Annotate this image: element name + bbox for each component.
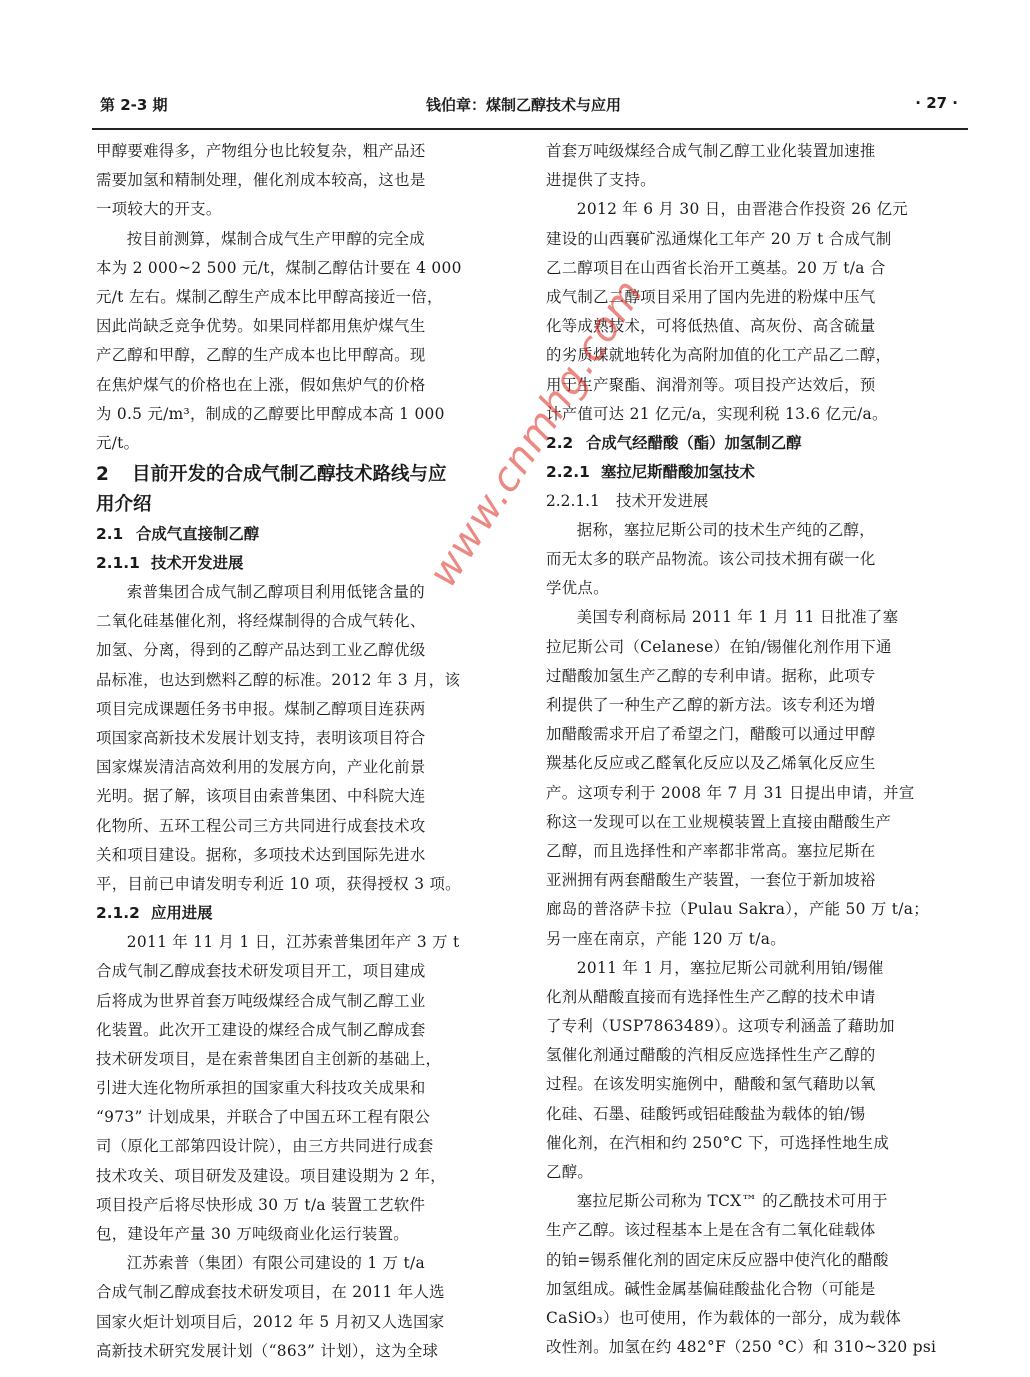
text-line: 廊岛的普洛萨卡拉（Pulau Sakra），产能 50 万 t/a； — [546, 895, 958, 924]
left-column: 甲醇要难得多，产物组分也比较复杂，粗产品还 需要加氢和精制处理，催化剂成本较高，… — [96, 137, 508, 1366]
text-line: 羰基化反应或乙醛氧化反应以及乙烯氧化反应生 — [546, 749, 958, 778]
text-line: 品标准，也达到燃料乙醇的标准。2012 年 3 月，该 — [96, 666, 508, 695]
text-line: 引进大连化物所承担的国家重大科技攻关成果和 — [96, 1074, 508, 1103]
text-line: 在焦炉煤气的价格也在上涨，假如焦炉气的价格 — [96, 371, 508, 400]
right-column: 首套万吨级煤经合成气制乙醇工业化装置加速推 进提供了支持。 2012 年 6 月… — [546, 137, 958, 1362]
text-line: 建设的山西襄矿泓通煤化工年产 20 万 t 合成气制 — [546, 225, 958, 254]
paragraph: 2011 年 11 月 1 日，江苏索普集团年产 3 万 t 合成气制乙醇成套技… — [96, 928, 508, 1249]
paragraph: 江苏索普（集团）有限公司建设的 1 万 t/a 合成气制乙醇成套技术研发项目，在… — [96, 1249, 508, 1366]
text-line: 加醋酸需求开启了希望之门，醋酸可以通过甲醇 — [546, 720, 958, 749]
text-line: 进提供了支持。 — [546, 166, 958, 195]
text-line: 而无太多的联产品物流。该公司技术拥有碳一化 — [546, 545, 958, 574]
text-line: 一项较大的开支。 — [96, 195, 508, 224]
text-line: 项国家高新技术发展计划支持，表明该项目符合 — [96, 724, 508, 753]
page-number: · 27 · — [915, 94, 958, 112]
text-line: 氢催化剂通过醋酸的汽相反应选择性生产乙醇的 — [546, 1041, 958, 1070]
text-line: 技术研发项目，是在索普集团自主创新的基础上， — [96, 1045, 508, 1074]
text-line: 元/t。 — [96, 429, 508, 458]
paragraph: 首套万吨级煤经合成气制乙醇工业化装置加速推 进提供了支持。 — [546, 137, 958, 195]
section-title: 合成气经醋酸（酯）加氢制乙醇 — [586, 434, 801, 452]
paragraph: 2012 年 6 月 30 日，由晋港合作投资 26 亿元 建设的山西襄矿泓通煤… — [546, 195, 958, 429]
text-line: 国家火炬计划项目后，2012 年 5 月初又人选国家 — [96, 1308, 508, 1337]
text-line: 过醋酸加氢生产乙醇的专利申请。据称，此项专 — [546, 662, 958, 691]
running-header: 第 2-3 期 钱伯章：煤制乙醇技术与应用 · 27 · — [96, 92, 968, 118]
text-line: 2012 年 6 月 30 日，由晋港合作投资 26 亿元 — [546, 195, 958, 224]
section-heading-2-2-1: 2.2.1塞拉尼斯醋酸加氢技术 — [546, 458, 958, 487]
header-rule — [92, 128, 968, 130]
section-heading-2: 2目前开发的合成气制乙醇技术路线与应 用介绍 — [96, 460, 508, 520]
text-line: 元/t 左右。煤制乙醇生产成本比甲醇高接近一倍， — [96, 283, 508, 312]
paragraph: 据称，塞拉尼斯公司的技术生产纯的乙醇， 而无太多的联产品物流。该公司技术拥有碳一… — [546, 516, 958, 604]
text-line: 了专利（USP7863489）。这项专利涵盖了藉助加 — [546, 1012, 958, 1041]
text-line: 化硅、石墨、硅酸钙或铝硅酸盐为载体的铂/锡 — [546, 1100, 958, 1129]
text-line: 后将成为世界首套万吨级煤经合成气制乙醇工业 — [96, 987, 508, 1016]
section-number: 2.1 — [96, 520, 136, 549]
section-heading-2-2-1-1: 2.2.1.1技术开发进展 — [546, 487, 958, 516]
section-heading-2-2: 2.2合成气经醋酸（酯）加氢制乙醇 — [546, 429, 958, 458]
section-number: 2.2.1.1 — [546, 487, 616, 516]
text-line: 加氢组成。碱性金属基偏硅酸盐化合物（可能是 — [546, 1275, 958, 1304]
text-line: 因此尚缺乏竞争优势。如果同样都用焦炉煤气生 — [96, 312, 508, 341]
section-title: 应用进展 — [151, 904, 213, 922]
text-line: 合成气制乙醇成套技术研发项目开工，项目建成 — [96, 957, 508, 986]
paragraph: 索普集团合成气制乙醇项目利用低铑含量的 二氧化硅基催化剂，将经煤制得的合成气转化… — [96, 578, 508, 899]
text-line: 项目完成课题任务书申报。煤制乙醇项目连获两 — [96, 695, 508, 724]
section-number: 2 — [96, 460, 132, 490]
section-number: 2.1.2 — [96, 899, 151, 928]
paragraph: 甲醇要难得多，产物组分也比较复杂，粗产品还 需要加氢和精制处理，催化剂成本较高，… — [96, 137, 508, 225]
text-line: 催化剂，在汽相和约 250°C 下，可选择性地生成 — [546, 1129, 958, 1158]
text-line: 按目前测算，煤制合成气生产甲醇的完全成 — [96, 225, 508, 254]
text-line: 化装置。此次开工建设的煤经合成气制乙醇成套 — [96, 1016, 508, 1045]
text-line: 乙二醇项目在山西省长治开工奠基。20 万 t/a 合 — [546, 254, 958, 283]
section-title: 技术开发进展 — [616, 492, 708, 510]
text-line: 化剂从醋酸直接而有选择性生产乙醇的技术申请 — [546, 983, 958, 1012]
text-line: 光明。据了解，该项目由索普集团、中科院大连 — [96, 782, 508, 811]
text-line: 索普集团合成气制乙醇项目利用低铑含量的 — [96, 578, 508, 607]
text-line: 关和项目建设。据称，多项技术达到国际先进水 — [96, 841, 508, 870]
section-number: 2.2 — [546, 429, 586, 458]
section-title: 技术开发进展 — [151, 554, 243, 572]
text-line: 产乙醇和甲醇，乙醇的生产成本也比甲醇高。现 — [96, 341, 508, 370]
paragraph: 美国专利商标局 2011 年 1 月 11 日批准了塞 拉尼斯公司（Celane… — [546, 603, 958, 953]
text-line: 的铂=锡系催化剂的固定床反应器中使汽化的醋酸 — [546, 1246, 958, 1275]
text-line: 首套万吨级煤经合成气制乙醇工业化装置加速推 — [546, 137, 958, 166]
text-line: 美国专利商标局 2011 年 1 月 11 日批准了塞 — [546, 603, 958, 632]
section-title: 合成气直接制乙醇 — [136, 525, 259, 543]
section-heading-2-1: 2.1合成气直接制乙醇 — [96, 520, 508, 549]
text-line: 另一座在南京，产能 120 万 t/a。 — [546, 925, 958, 954]
paragraph: 2011 年 1 月，塞拉尼斯公司就利用铂/锡催 化剂从醋酸直接而有选择性生产乙… — [546, 954, 958, 1188]
section-title-cont: 用介绍 — [96, 490, 508, 520]
text-line: 江苏索普（集团）有限公司建设的 1 万 t/a — [96, 1249, 508, 1278]
text-line: 学优点。 — [546, 574, 958, 603]
text-line: 成气制乙二醇项目采用了国内先进的粉煤中压气 — [546, 283, 958, 312]
section-number: 2.2.1 — [546, 458, 601, 487]
text-line: 用于生产聚酯、润滑剂等。项目投产达效后，预 — [546, 371, 958, 400]
text-line: 包，建设年产量 30 万吨级商业化运行装置。 — [96, 1220, 508, 1249]
text-line: 项目投产后将尽快形成 30 万 t/a 装置工艺软件 — [96, 1191, 508, 1220]
text-line: 生产乙醇。该过程基本上是在含有二氧化硅载体 — [546, 1216, 958, 1245]
text-line: 乙醇。 — [546, 1158, 958, 1187]
text-line: 二氧化硅基催化剂，将经煤制得的合成气转化、 — [96, 607, 508, 636]
text-line: 司（原化工部第四设计院），由三方共同进行成套 — [96, 1132, 508, 1161]
text-line: 的劣质煤就地转化为高附加值的化工产品乙二醇， — [546, 341, 958, 370]
text-line: 为 0.5 元/m³，制成的乙醇要比甲醇成本高 1 000 — [96, 400, 508, 429]
text-line: 乙醇，而且选择性和产率都非常高。塞拉尼斯在 — [546, 837, 958, 866]
text-line: 计产值可达 21 亿元/a，实现利税 13.6 亿元/a。 — [546, 400, 958, 429]
text-line: “973” 计划成果，并联合了中国五环工程有限公 — [96, 1103, 508, 1132]
text-line: 塞拉尼斯公司称为 TCX™ 的乙酰技术可用于 — [546, 1187, 958, 1216]
text-line: 亚洲拥有两套醋酸生产装置，一套位于新加坡裕 — [546, 866, 958, 895]
section-number: 2.1.1 — [96, 549, 151, 578]
text-line: 甲醇要难得多，产物组分也比较复杂，粗产品还 — [96, 137, 508, 166]
text-line: 据称，塞拉尼斯公司的技术生产纯的乙醇， — [546, 516, 958, 545]
section-title: 塞拉尼斯醋酸加氢技术 — [601, 463, 755, 481]
text-line: 高新技术研究发展计划（“863” 计划），这为全球 — [96, 1337, 508, 1366]
issue-number: 第 2-3 期 — [100, 94, 168, 115]
running-title: 钱伯章：煤制乙醇技术与应用 — [426, 94, 621, 115]
text-line: 拉尼斯公司（Celanese）在铂/锡催化剂作用下通 — [546, 633, 958, 662]
paragraph: 按目前测算，煤制合成气生产甲醇的完全成 本为 2 000~2 500 元/t，煤… — [96, 225, 508, 459]
text-line: 改性剂。加氢在约 482°F（250 °C）和 310~320 psi — [546, 1333, 958, 1362]
section-heading-2-1-2: 2.1.2应用进展 — [96, 899, 508, 928]
text-line: 2011 年 1 月，塞拉尼斯公司就利用铂/锡催 — [546, 954, 958, 983]
text-line: 加氢、分离，得到的乙醇产品达到工业乙醇优级 — [96, 636, 508, 665]
text-line: 过程。在该发明实施例中，醋酸和氢气藉助以氧 — [546, 1070, 958, 1099]
text-line: 国家煤炭清洁高效利用的发展方向，产业化前景 — [96, 753, 508, 782]
paragraph: 塞拉尼斯公司称为 TCX™ 的乙酰技术可用于 生产乙醇。该过程基本上是在含有二氧… — [546, 1187, 958, 1362]
text-line: 化等成熟技术，可将低热值、高灰份、高含硫量 — [546, 312, 958, 341]
section-heading-2-1-1: 2.1.1技术开发进展 — [96, 549, 508, 578]
text-line: 利提供了一种生产乙醇的新方法。该专利还为增 — [546, 691, 958, 720]
text-line: 产。这项专利于 2008 年 7 月 31 日提出申请，并宣 — [546, 779, 958, 808]
text-line: 技术攻关、项目研发及建设。项目建设期为 2 年， — [96, 1162, 508, 1191]
text-line: 称这一发现可以在工业规模装置上直接由醋酸生产 — [546, 808, 958, 837]
text-line: 平，目前已申请发明专利近 10 项，获得授权 3 项。 — [96, 870, 508, 899]
text-line: 化物所、五环工程公司三方共同进行成套技术攻 — [96, 812, 508, 841]
text-line: CaSiO₃）也可使用，作为载体的一部分，成为载体 — [546, 1304, 958, 1333]
section-title: 目前开发的合成气制乙醇技术路线与应 — [132, 464, 447, 485]
text-line: 需要加氢和精制处理，催化剂成本较高，这也是 — [96, 166, 508, 195]
text-line: 2011 年 11 月 1 日，江苏索普集团年产 3 万 t — [96, 928, 508, 957]
text-line: 合成气制乙醇成套技术研发项目，在 2011 年人选 — [96, 1278, 508, 1307]
text-line: 本为 2 000~2 500 元/t，煤制乙醇估计要在 4 000 — [96, 254, 508, 283]
